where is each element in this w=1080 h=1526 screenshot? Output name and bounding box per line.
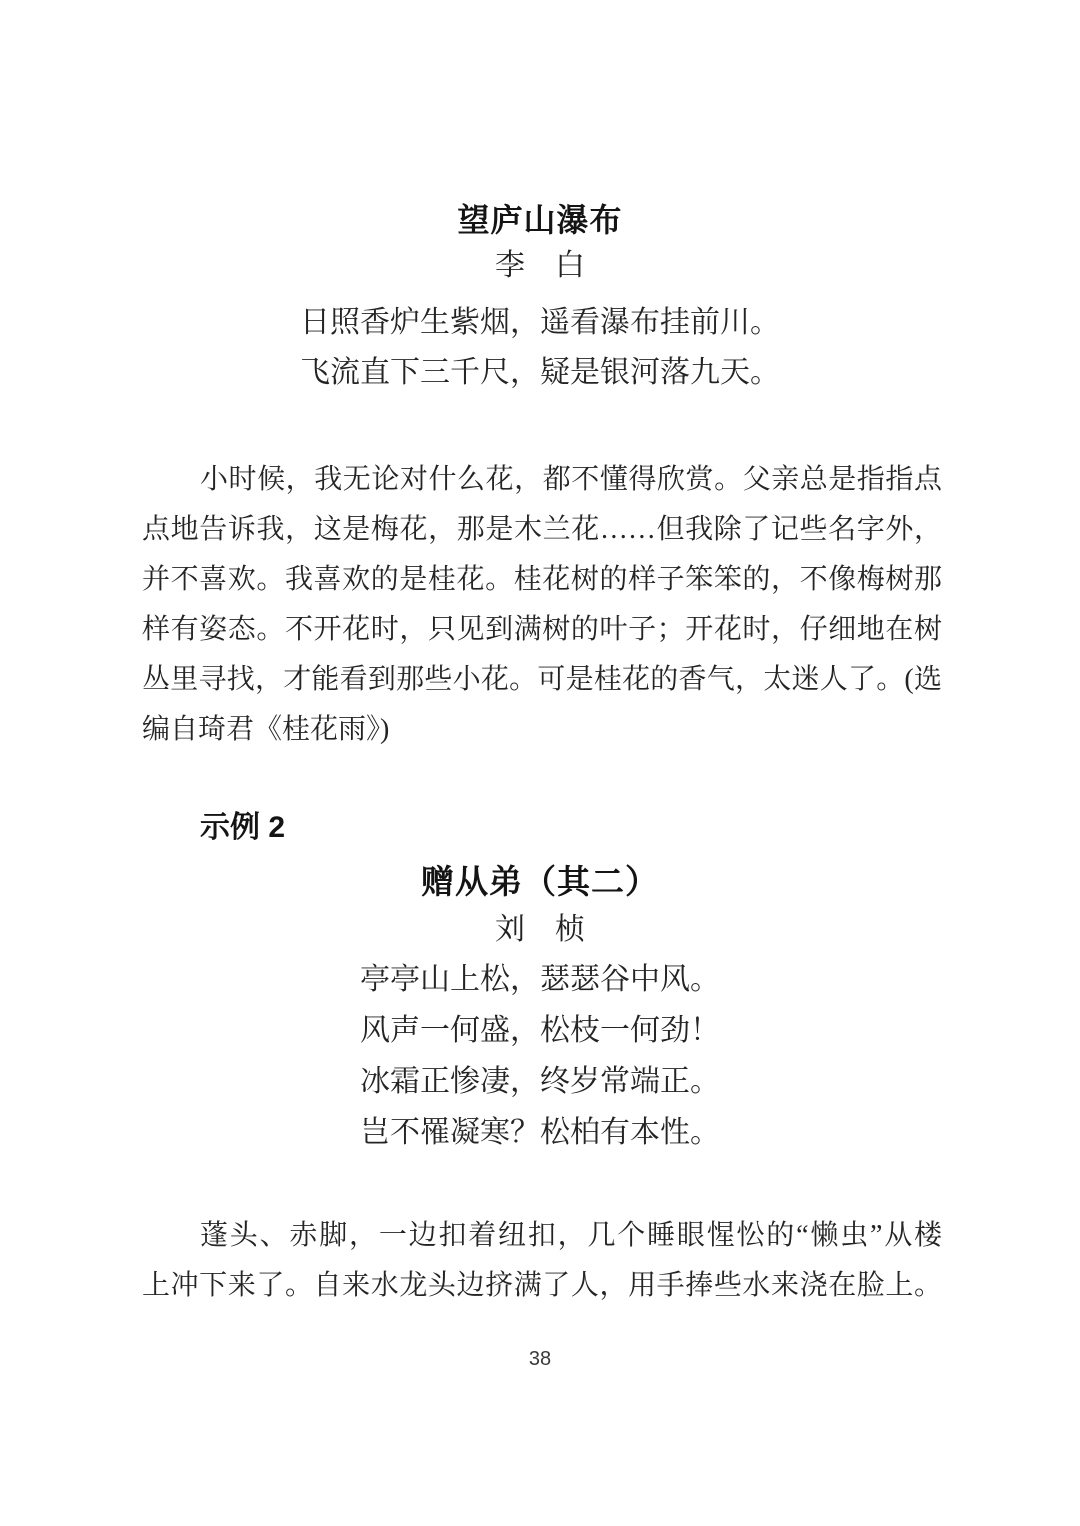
passage1-line-5: 丛里寻找，才能看到那些小花。可是桂花的香气，太迷人了。(选 — [142, 655, 942, 705]
passage2-line-1: 蓬头、赤脚，一边扣着纽扣，几个睡眼惺忪的“懒虫”从楼 — [142, 1211, 942, 1261]
passage2-section: 蓬头、赤脚，一边扣着纽扣，几个睡眼惺忪的“懒虫”从楼 上冲下来了。自来水龙头边挤… — [142, 1211, 942, 1311]
page-number: 38 — [0, 1348, 1080, 1371]
example2-label: 示例 2 — [200, 810, 285, 846]
poem1-line-2: 飞流直下三千尺，疑是银河落九天。 — [0, 348, 1080, 398]
poem2-author: 刘 桢 — [0, 906, 1080, 954]
poem1-author: 李 白 — [0, 242, 1080, 290]
poem2-line-4: 岂不罹凝寒？松柏有本性。 — [0, 1107, 1080, 1158]
passage1-line-3: 并不喜欢。我喜欢的是桂花。桂花树的样子笨笨的，不像梅树那 — [142, 555, 942, 605]
passage1-line-2: 点地告诉我，这是梅花，那是木兰花……但我除了记些名字外， — [142, 505, 942, 555]
passage2-line-2: 上冲下来了。自来水龙头边挤满了人，用手捧些水来浇在脸上。 — [142, 1261, 942, 1311]
passage1-section: 小时候，我无论对什么花，都不懂得欣赏。父亲总是指指点 点地告诉我，这是梅花，那是… — [142, 455, 942, 755]
poem2-line-1: 亭亭山上松，瑟瑟谷中风。 — [0, 954, 1080, 1005]
poem2-title: 赠从弟（其二） — [0, 858, 1080, 906]
passage1-line-6: 编自琦君《桂花雨》) — [142, 705, 942, 755]
passage1-line-1: 小时候，我无论对什么花，都不懂得欣赏。父亲总是指指点 — [142, 455, 942, 505]
poem1-title: 望庐山瀑布 — [0, 198, 1080, 242]
poem1-section: 望庐山瀑布 李 白 日照香炉生紫烟，遥看瀑布挂前川。 飞流直下三千尺，疑是银河落… — [0, 198, 1080, 398]
poem2-line-3: 冰霜正惨凄，终岁常端正。 — [0, 1056, 1080, 1107]
poem2-section: 赠从弟（其二） 刘 桢 亭亭山上松，瑟瑟谷中风。 风声一何盛，松枝一何劲！ 冰霜… — [0, 858, 1080, 1158]
passage1-line-4: 样有姿态。不开花时，只见到满树的叶子；开花时，仔细地在树 — [142, 605, 942, 655]
document-page: 望庐山瀑布 李 白 日照香炉生紫烟，遥看瀑布挂前川。 飞流直下三千尺，疑是银河落… — [0, 0, 1080, 1526]
poem2-line-2: 风声一何盛，松枝一何劲！ — [0, 1005, 1080, 1056]
poem1-line-1: 日照香炉生紫烟，遥看瀑布挂前川。 — [0, 298, 1080, 348]
